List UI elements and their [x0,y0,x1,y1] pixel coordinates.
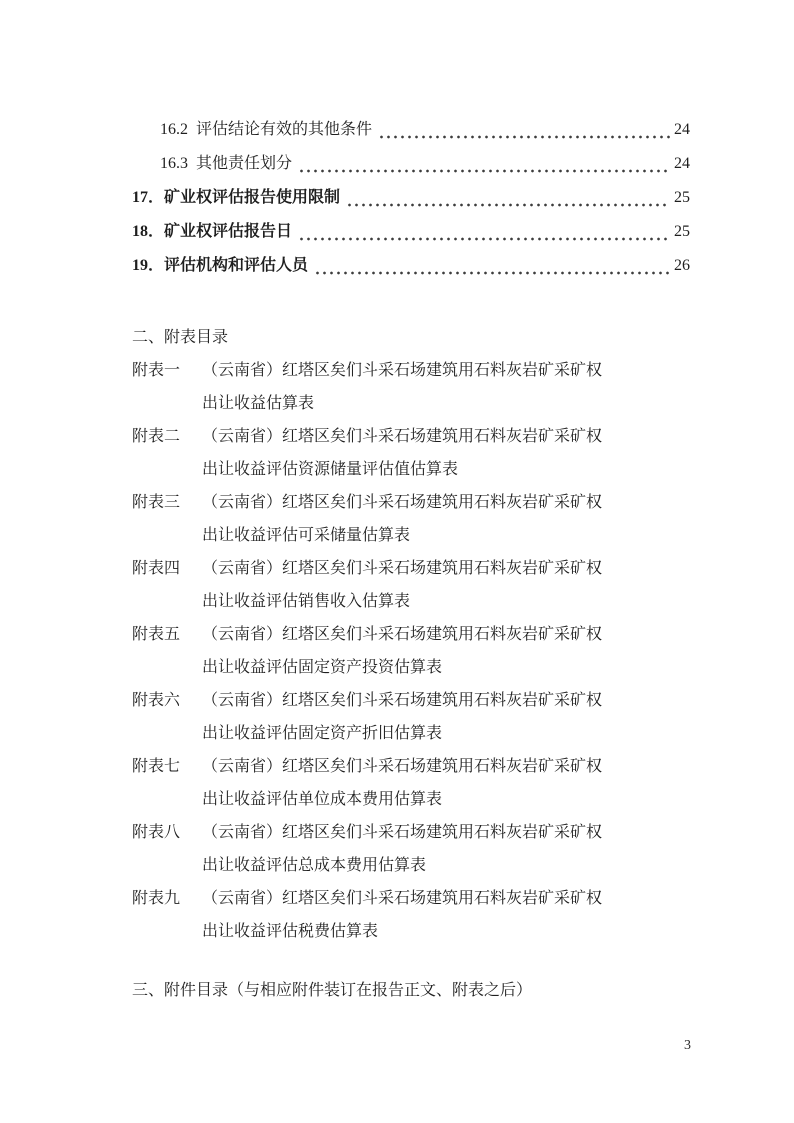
toc-entry: 18． 矿业权评估报告日 25 [132,215,690,249]
appendix-table-line1: （云南省）红塔区矣们斗采石场建筑用石料灰岩矿采矿权 [202,882,690,915]
appendix-tables-list: 附表一 （云南省）红塔区矣们斗采石场建筑用石料灰岩矿采矿权 出让收益估算表 附表… [132,354,690,948]
appendix-table-label: 附表一 [132,354,202,420]
document-page: 16.2 评估结论有效的其他条件 24 16.3 其他责任划分 24 17． 矿… [0,0,794,1123]
appendix-table-text: （云南省）红塔区矣们斗采石场建筑用石料灰岩矿采矿权 出让收益评估资源储量评估值估… [202,420,690,486]
dot-leader [314,271,670,275]
appendix-table-line2: 出让收益评估销售收入估算表 [202,585,690,618]
appendix-table-line2: 出让收益评估固定资产投资估算表 [202,651,690,684]
toc-entry-page: 26 [674,249,690,283]
dot-leader [378,135,670,139]
appendix-table-line1: （云南省）红塔区矣们斗采石场建筑用石料灰岩矿采矿权 [202,684,690,717]
appendix-table-line2: 出让收益评估可采储量估算表 [202,519,690,552]
appendix-table-line2: 出让收益评估单位成本费用估算表 [202,783,690,816]
appendix-table-label: 附表九 [132,882,202,948]
appendix-table-text: （云南省）红塔区矣们斗采石场建筑用石料灰岩矿采矿权 出让收益评估总成本费用估算表 [202,816,690,882]
toc-entry-number: 18． [132,215,164,249]
appendix-table-item: 附表九 （云南省）红塔区矣们斗采石场建筑用石料灰岩矿采矿权 出让收益评估税费估算… [132,882,690,948]
appendix-table-item: 附表七 （云南省）红塔区矣们斗采石场建筑用石料灰岩矿采矿权 出让收益评估单位成本… [132,750,690,816]
toc-section: 16.2 评估结论有效的其他条件 24 16.3 其他责任划分 24 17． 矿… [132,113,690,283]
appendix-table-line1: （云南省）红塔区矣们斗采石场建筑用石料灰岩矿采矿权 [202,486,690,519]
toc-entry-page: 25 [674,181,690,215]
toc-entry-number: 16.2 [160,113,188,147]
appendix-table-text: （云南省）红塔区矣们斗采石场建筑用石料灰岩矿采矿权 出让收益评估税费估算表 [202,882,690,948]
toc-entry-number: 16.3 [160,147,188,181]
appendix-table-text: （云南省）红塔区矣们斗采石场建筑用石料灰岩矿采矿权 出让收益评估销售收入估算表 [202,552,690,618]
appendix-table-item: 附表六 （云南省）红塔区矣们斗采石场建筑用石料灰岩矿采矿权 出让收益评估固定资产… [132,684,690,750]
toc-entry: 19． 评估机构和评估人员 26 [132,249,690,283]
appendix-table-line2: 出让收益估算表 [202,387,690,420]
appendix-table-label: 附表四 [132,552,202,618]
toc-entry-page: 25 [674,215,690,249]
appendix-table-label: 附表七 [132,750,202,816]
appendix-table-label: 附表三 [132,486,202,552]
appendix-table-line2: 出让收益评估税费估算表 [202,915,690,948]
appendix-table-line2: 出让收益评估总成本费用估算表 [202,849,690,882]
appendix-tables-heading: 二、附表目录 [132,321,690,354]
toc-entry-page: 24 [674,113,690,147]
toc-entry-page: 24 [674,147,690,181]
appendix-table-text: （云南省）红塔区矣们斗采石场建筑用石料灰岩矿采矿权 出让收益评估单位成本费用估算… [202,750,690,816]
appendix-table-item: 附表二 （云南省）红塔区矣们斗采石场建筑用石料灰岩矿采矿权 出让收益评估资源储量… [132,420,690,486]
appendix-table-item: 附表三 （云南省）红塔区矣们斗采石场建筑用石料灰岩矿采矿权 出让收益评估可采储量… [132,486,690,552]
page-number: 3 [684,1038,691,1054]
toc-entry: 17． 矿业权评估报告使用限制 25 [132,181,690,215]
appendix-table-line1: （云南省）红塔区矣们斗采石场建筑用石料灰岩矿采矿权 [202,750,690,783]
toc-entry: 16.3 其他责任划分 24 [132,147,690,181]
appendix-table-item: 附表四 （云南省）红塔区矣们斗采石场建筑用石料灰岩矿采矿权 出让收益评估销售收入… [132,552,690,618]
toc-entry-title: 矿业权评估报告日 [164,215,292,249]
appendix-table-label: 附表八 [132,816,202,882]
dot-leader [298,237,670,241]
toc-entry-title: 评估结论有效的其他条件 [196,113,372,147]
appendix-table-line1: （云南省）红塔区矣们斗采石场建筑用石料灰岩矿采矿权 [202,354,690,387]
appendix-table-text: （云南省）红塔区矣们斗采石场建筑用石料灰岩矿采矿权 出让收益评估固定资产投资估算… [202,618,690,684]
appendix-table-line2: 出让收益评估资源储量评估值估算表 [202,453,690,486]
appendix-table-item: 附表八 （云南省）红塔区矣们斗采石场建筑用石料灰岩矿采矿权 出让收益评估总成本费… [132,816,690,882]
appendix-table-label: 附表六 [132,684,202,750]
dot-leader [298,169,670,173]
appendix-table-item: 附表五 （云南省）红塔区矣们斗采石场建筑用石料灰岩矿采矿权 出让收益评估固定资产… [132,618,690,684]
appendix-table-line1: （云南省）红塔区矣们斗采石场建筑用石料灰岩矿采矿权 [202,552,690,585]
attachments-heading: 三、附件目录（与相应附件装订在报告正文、附表之后） [132,974,690,1007]
appendix-table-text: （云南省）红塔区矣们斗采石场建筑用石料灰岩矿采矿权 出让收益评估可采储量估算表 [202,486,690,552]
toc-entry-title: 矿业权评估报告使用限制 [164,181,340,215]
appendix-table-text: （云南省）红塔区矣们斗采石场建筑用石料灰岩矿采矿权 出让收益估算表 [202,354,690,420]
appendix-table-line1: （云南省）红塔区矣们斗采石场建筑用石料灰岩矿采矿权 [202,618,690,651]
toc-entry-number: 17． [132,181,164,215]
toc-entry: 16.2 评估结论有效的其他条件 24 [132,113,690,147]
toc-entry-title: 评估机构和评估人员 [164,249,308,283]
toc-entry-title: 其他责任划分 [196,147,292,181]
appendix-table-line1: （云南省）红塔区矣们斗采石场建筑用石料灰岩矿采矿权 [202,420,690,453]
appendix-table-text: （云南省）红塔区矣们斗采石场建筑用石料灰岩矿采矿权 出让收益评估固定资产折旧估算… [202,684,690,750]
appendix-table-line2: 出让收益评估固定资产折旧估算表 [202,717,690,750]
dot-leader [346,203,670,207]
toc-entry-number: 19． [132,249,164,283]
appendix-table-label: 附表五 [132,618,202,684]
appendix-table-item: 附表一 （云南省）红塔区矣们斗采石场建筑用石料灰岩矿采矿权 出让收益估算表 [132,354,690,420]
appendix-table-line1: （云南省）红塔区矣们斗采石场建筑用石料灰岩矿采矿权 [202,816,690,849]
page-content: 16.2 评估结论有效的其他条件 24 16.3 其他责任划分 24 17． 矿… [132,113,690,1007]
appendix-table-label: 附表二 [132,420,202,486]
